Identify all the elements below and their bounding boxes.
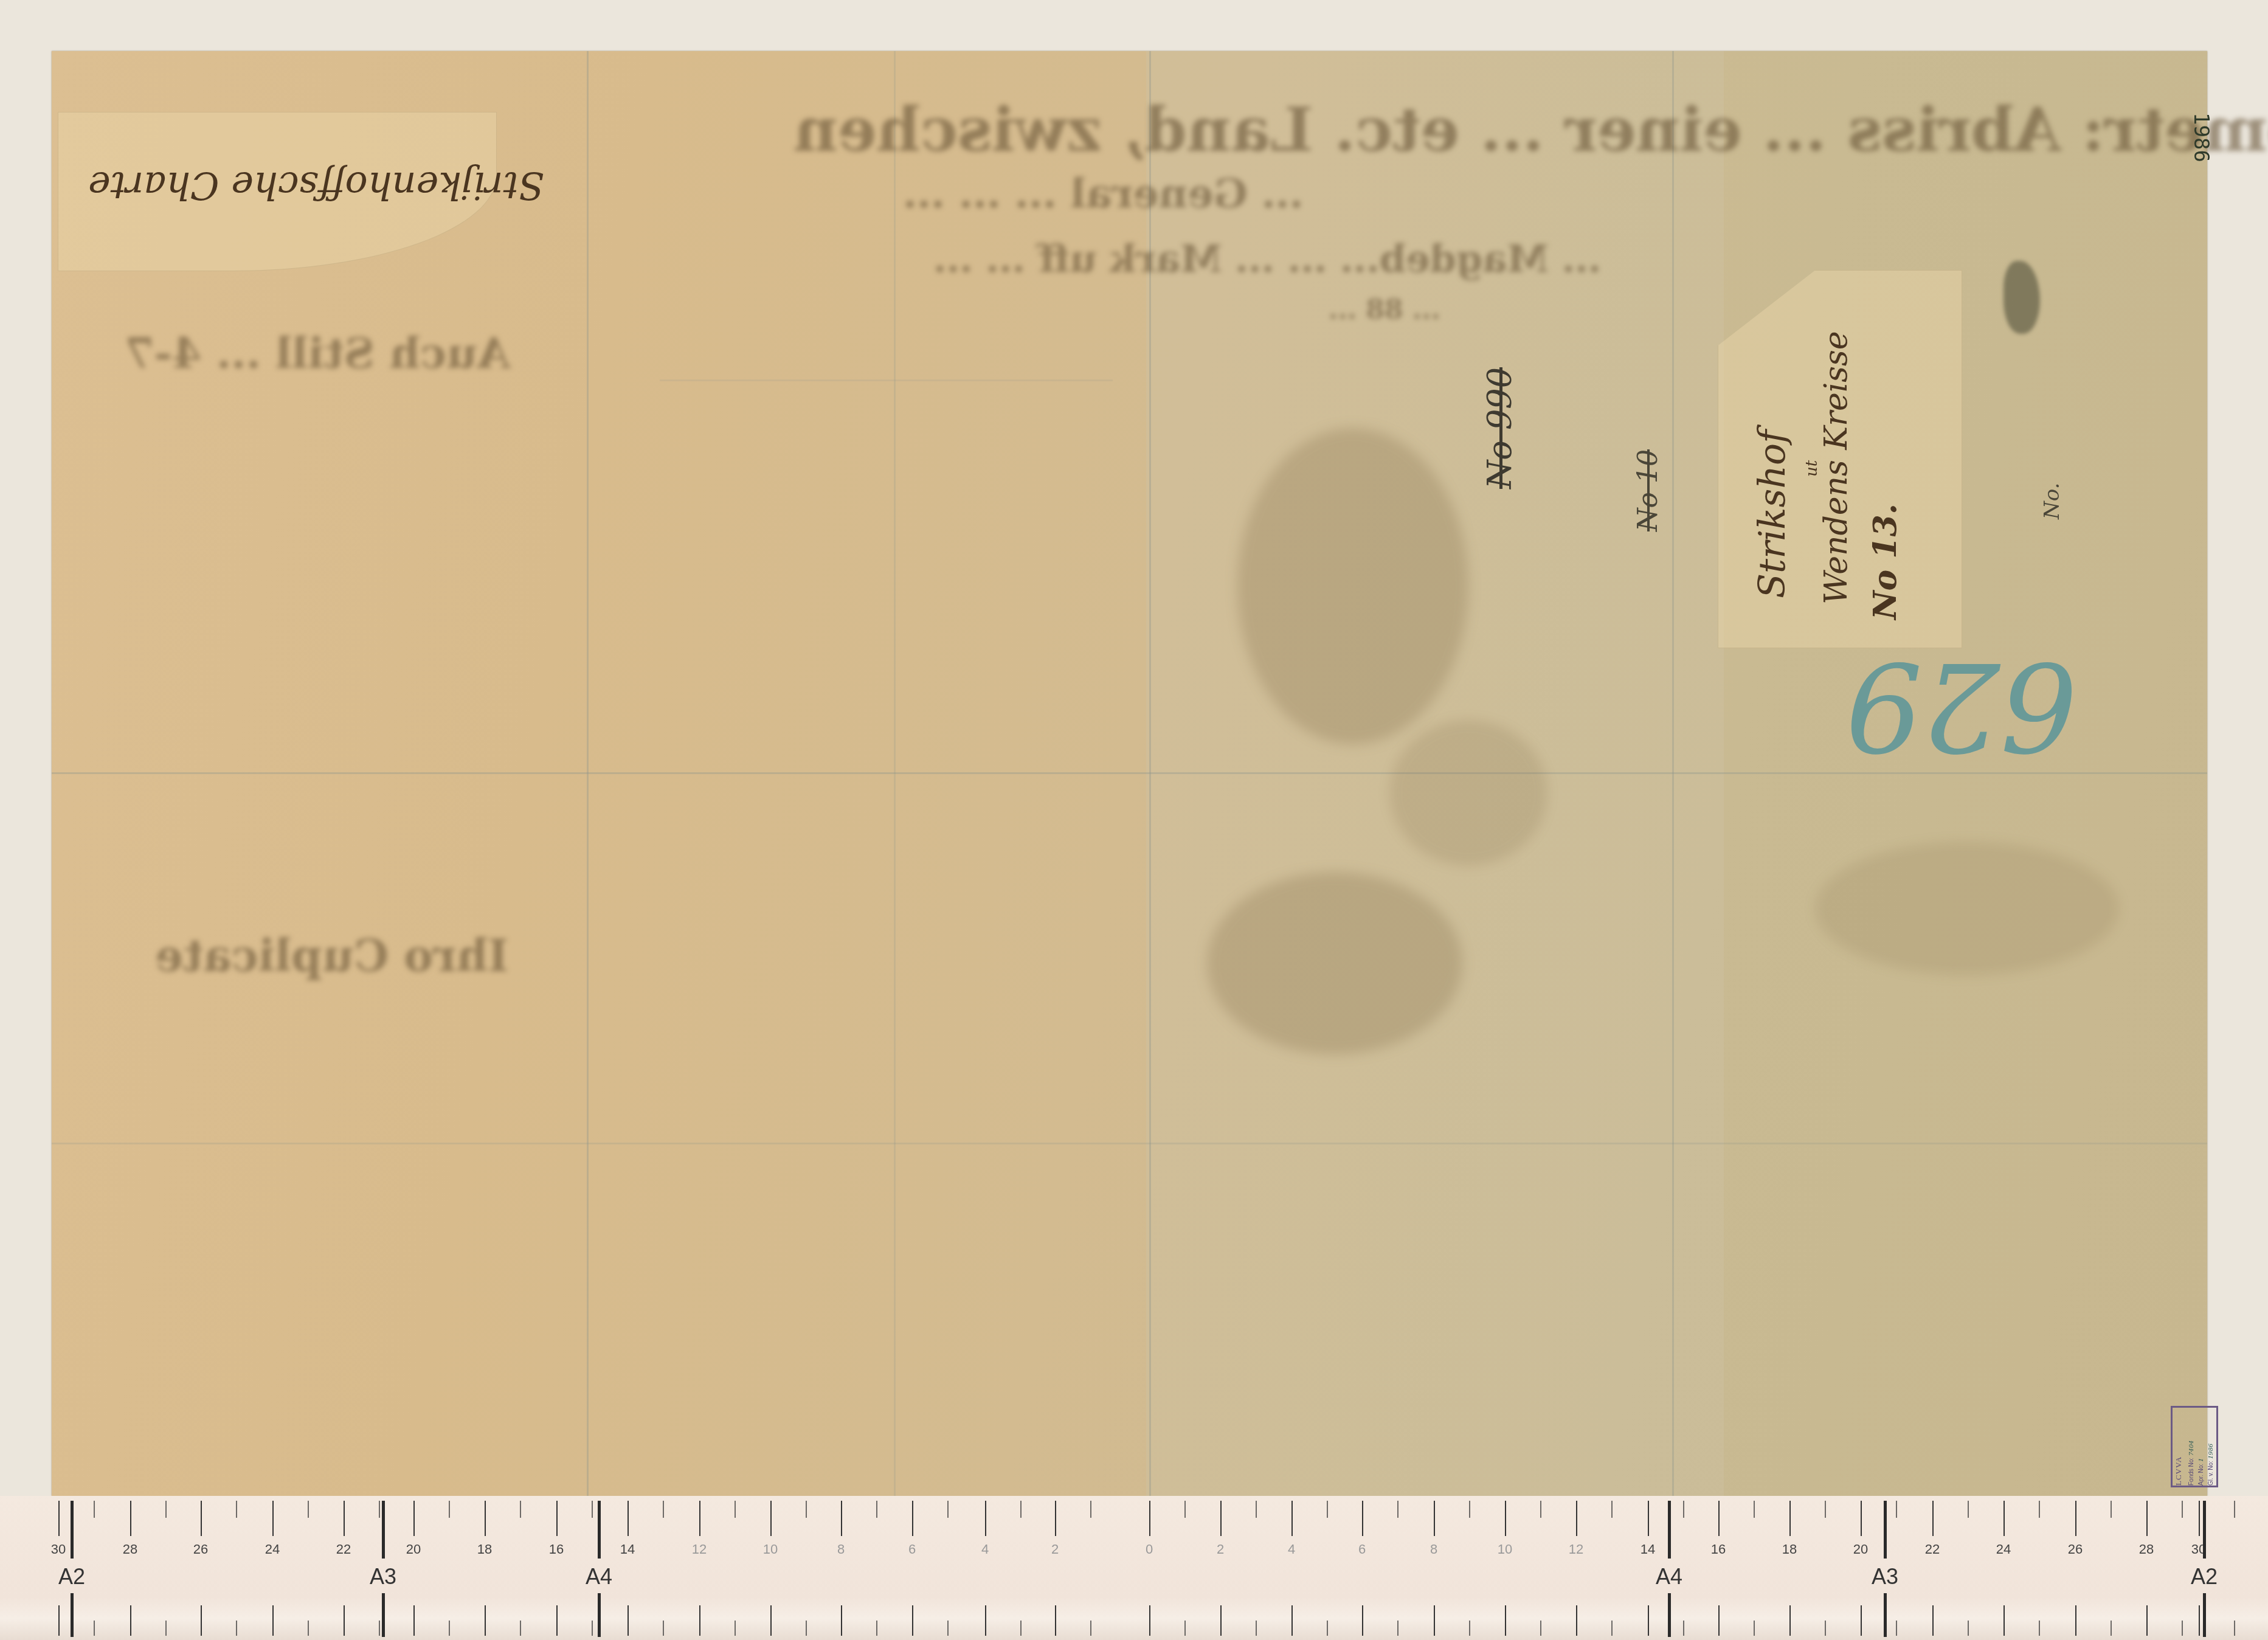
ruler-tick-minor [1090, 1621, 1091, 1636]
archive-label-number: No 13. [1867, 503, 1904, 620]
ruler-tick-bottom [699, 1605, 700, 1636]
ruler-tick-minor [1184, 1621, 1186, 1636]
ruler-tick-bottom [1362, 1605, 1363, 1636]
ruler-tick-bottom [1291, 1605, 1293, 1636]
ruler-major-tick [71, 1501, 74, 1559]
ruler-tick-minor [1754, 1501, 1755, 1518]
ruler-tick-minor [165, 1621, 167, 1636]
ruler-tick-bottom [556, 1605, 558, 1636]
ruler-tick-minor [806, 1501, 807, 1518]
ruler-tick-minor [308, 1621, 309, 1636]
ruler-tick-top [1789, 1501, 1791, 1536]
ruler-tick-minor [735, 1501, 736, 1518]
ruler-tick-label: 8 [837, 1541, 845, 1557]
ruler-tick-bottom [1055, 1605, 1056, 1636]
ruler-tick-minor [947, 1501, 949, 1518]
ruler-tick-top [1149, 1501, 1150, 1536]
archive-label-line3: Wendens Kreisse [1818, 331, 1855, 605]
ruler-tick-minor [663, 1501, 664, 1518]
ruler-tick-minor [876, 1621, 877, 1636]
ruler-tick-minor [876, 1501, 877, 1518]
ruler-tick-bottom [770, 1605, 772, 1636]
ruler-paper-size-label: A4 [586, 1564, 612, 1590]
ruler-tick-minor [1611, 1501, 1613, 1518]
ruler-major-tick [1668, 1593, 1671, 1637]
ruler-tick-bottom [1789, 1605, 1791, 1636]
ruler-tick-bottom [1220, 1605, 1222, 1636]
ruler-tick-label: 26 [2068, 1541, 2083, 1557]
ruler-tick-bottom [58, 1605, 60, 1636]
ruler-tick-bottom [130, 1605, 131, 1636]
ruler-tick-label: 10 [1498, 1541, 1512, 1557]
ruler-tick-minor [2182, 1621, 2183, 1636]
measuring-ruler: 3028262422201816141210864202468101214161… [0, 1496, 2268, 1640]
ruler-tick-label: 12 [1569, 1541, 1583, 1557]
ruler-tick-top [1932, 1501, 1934, 1536]
ruler-tick-label: 12 [692, 1541, 707, 1557]
ruler-tick-bottom [1505, 1605, 1506, 1636]
ruler-tick-label: 20 [1853, 1541, 1868, 1557]
ruler-tick-bottom [2146, 1605, 2148, 1636]
ruler-tick-minor [806, 1621, 807, 1636]
ruler-tick-bottom [912, 1605, 913, 1636]
ruler-tick-top [1220, 1501, 1222, 1536]
ruler-tick-top [272, 1501, 274, 1536]
ruler-tick-label: 28 [123, 1541, 137, 1557]
ruler-tick-minor [236, 1621, 237, 1636]
ruler-tick-minor [1397, 1621, 1398, 1636]
ruler-tick-top [912, 1501, 913, 1536]
ruler-tick-minor [1540, 1501, 1541, 1518]
ruler-tick-minor [1020, 1501, 1022, 1518]
ruler-major-tick [598, 1593, 601, 1637]
ruler-tick-minor [2182, 1501, 2183, 1518]
ruler-tick-label: 24 [1996, 1541, 2011, 1557]
archive-label-line1: Strikshof [1751, 430, 1794, 598]
bleed-label-lower-left: Ihro Cuplicate [155, 930, 508, 981]
ruler-tick-minor [592, 1501, 593, 1518]
ruler-tick-top [770, 1501, 772, 1536]
stamp-fonds-label: Fonds No: [2188, 1458, 2195, 1486]
ruler-tick-bottom [485, 1605, 486, 1636]
ruler-tick-label: 14 [620, 1541, 635, 1557]
ruler-tick-minor [1256, 1501, 1257, 1518]
ruler-tick-bottom [1434, 1605, 1435, 1636]
ruler-tick-bottom [1932, 1605, 1934, 1636]
ruler-tick-top [413, 1501, 415, 1536]
ruler-tick-label: 20 [406, 1541, 421, 1557]
ruler-tick-minor [1540, 1621, 1541, 1636]
ruler-tick-minor [1327, 1621, 1328, 1636]
ruler-tick-top [130, 1501, 131, 1536]
ruler-tick-label: 0 [1146, 1541, 1153, 1557]
ruler-tick-label: 2 [1051, 1541, 1059, 1557]
ruler-tick-label: 18 [1782, 1541, 1797, 1557]
ruler-tick-label: 22 [336, 1541, 351, 1557]
ruler-tick-bottom [1648, 1605, 1649, 1636]
ruler-tick-label: 4 [981, 1541, 989, 1557]
ruler-tick-top [1291, 1501, 1293, 1536]
ruler-tick-top [556, 1501, 558, 1536]
stamp-apr-value: 1 [2198, 1458, 2205, 1462]
ruler-tick-top [1718, 1501, 1720, 1536]
ruler-tick-label: 16 [1711, 1541, 1726, 1557]
ruler-tick-minor [2111, 1621, 2112, 1636]
crossed-number: No 990 [1481, 367, 1519, 489]
ruler-paper-size-label: A3 [370, 1564, 396, 1590]
ruler-tick-minor [308, 1501, 309, 1518]
ruler-tick-minor [1611, 1621, 1613, 1636]
edge-catalog-number: 1986 [2189, 112, 2213, 162]
ruler-paper-size-label: A2 [58, 1564, 85, 1590]
handwritten-title: Strijkenhoffsche Charte [88, 164, 544, 208]
ruler-tick-top [1861, 1501, 1862, 1536]
ruler-tick-bottom [201, 1605, 202, 1636]
ruler-tick-minor [94, 1621, 95, 1636]
ruler-tick-label: 14 [1640, 1541, 1655, 1557]
ruler-tick-label: 6 [1358, 1541, 1366, 1557]
ruler-tick-minor [379, 1621, 380, 1636]
ruler-tick-minor [1754, 1621, 1755, 1636]
ruler-tick-minor [1469, 1501, 1470, 1518]
ruler-tick-label: 30 [51, 1541, 66, 1557]
ruler-tick-label: 4 [1288, 1541, 1295, 1557]
ruler-tick-minor [520, 1621, 521, 1636]
ruler-tick-minor [1683, 1501, 1684, 1518]
ruler-major-tick [598, 1501, 601, 1559]
bleed-label-top-left: Auch Still ... 4-7 [125, 328, 510, 378]
ruler-tick-label: 26 [193, 1541, 208, 1557]
ruler-tick-minor [1968, 1501, 1969, 1518]
ruler-tick-minor [449, 1621, 450, 1636]
ruler-tick-label: 28 [2139, 1541, 2154, 1557]
water-stain [1815, 842, 2119, 975]
ruler-tick-minor [2234, 1621, 2235, 1636]
ruler-tick-top [699, 1501, 700, 1536]
ruler-tick-label: 8 [1430, 1541, 1437, 1557]
ruler-tick-label: 10 [763, 1541, 778, 1557]
ruler-tick-top [2199, 1501, 2200, 1536]
water-stain [1389, 720, 1547, 866]
ruler-tick-minor [592, 1621, 593, 1636]
ruler-tick-minor [2234, 1501, 2235, 1518]
ruler-tick-minor [735, 1621, 736, 1636]
pencil-inventory-number: 629 [1845, 635, 2078, 777]
ruler-tick-top [841, 1501, 842, 1536]
ruler-tick-minor [1020, 1621, 1022, 1636]
ruler-tick-minor [1825, 1501, 1826, 1518]
stamp-apr-label: Apr. No: [2198, 1464, 2205, 1486]
ruler-tick-minor [520, 1501, 521, 1518]
ruler-paper-size-label: A3 [1872, 1564, 1898, 1590]
ruler-tick-top [2075, 1501, 2076, 1536]
bleed-through-line: ... Magdeb... ... ... Mark uff ... ... [933, 237, 1601, 281]
ruler-major-tick [1884, 1593, 1887, 1637]
ruler-paper-size-label: A4 [1656, 1564, 1682, 1590]
margin-note: No. [2040, 483, 2064, 519]
ruler-tick-minor [1968, 1621, 1969, 1636]
ruler-tick-minor [165, 1501, 167, 1518]
stamp-title: LCVVA [2174, 1456, 2183, 1486]
crossed-number: No 10 [1633, 449, 1664, 531]
ruler-tick-top [344, 1501, 345, 1536]
ruler-tick-top [2146, 1501, 2148, 1536]
ruler-tick-label: 18 [477, 1541, 492, 1557]
fold-line-horizontal [52, 1143, 2207, 1144]
ruler-major-tick [2203, 1501, 2206, 1559]
ruler-paper-size-label: A2 [2191, 1564, 2218, 1590]
ruler-tick-top [1505, 1501, 1506, 1536]
ruler-tick-minor [1327, 1501, 1328, 1518]
ruler-tick-minor [947, 1621, 949, 1636]
ruler-major-tick [71, 1593, 74, 1637]
water-stain [1237, 428, 1468, 744]
ruler-tick-bottom [1861, 1605, 1862, 1636]
ruler-tick-minor [1683, 1621, 1684, 1636]
ruler-tick-minor [1896, 1501, 1897, 1518]
ruler-tick-bottom [272, 1605, 274, 1636]
ruler-major-tick [382, 1593, 385, 1637]
ruler-tick-bottom [1576, 1605, 1577, 1636]
ruler-tick-top [1648, 1501, 1649, 1536]
ruler-tick-bottom [1718, 1605, 1720, 1636]
ruler-tick-top [1362, 1501, 1363, 1536]
ruler-tick-minor [1184, 1501, 1186, 1518]
ruler-tick-minor [449, 1501, 450, 1518]
ruler-tick-minor [1896, 1621, 1897, 1636]
ruler-tick-bottom [841, 1605, 842, 1636]
ruler-tick-top [485, 1501, 486, 1536]
ruler-tick-bottom [628, 1605, 629, 1636]
ruler-tick-minor [1397, 1501, 1398, 1518]
ruler-tick-minor [1256, 1621, 1257, 1636]
document-sheet: Geometr: Abriss ... einer ... etc. Land,… [52, 51, 2207, 1496]
ruler-tick-label: 22 [1925, 1541, 1940, 1557]
ruler-tick-bottom [2199, 1605, 2200, 1636]
ruler-tick-minor [1090, 1501, 1091, 1518]
ruler-tick-top [201, 1501, 202, 1536]
ruler-tick-bottom [413, 1605, 415, 1636]
ruler-tick-top [985, 1501, 986, 1536]
ruler-tick-top [1434, 1501, 1435, 1536]
ruler-major-tick [382, 1501, 385, 1559]
ruler-tick-top [1055, 1501, 1056, 1536]
ruler-tick-label: 24 [265, 1541, 280, 1557]
bleed-through-line: ... 88 ... [1329, 294, 1440, 325]
ruler-tick-bottom [1149, 1605, 1150, 1636]
ruler-tick-minor [236, 1501, 237, 1518]
ruler-tick-bottom [2004, 1605, 2005, 1636]
bleed-through-title: Geometr: Abriss ... einer ... etc. Land,… [793, 94, 2268, 165]
bleed-through-line: ... General ... ... ... [903, 170, 1304, 217]
ruler-tick-minor [663, 1621, 664, 1636]
ruler-tick-top [1576, 1501, 1577, 1536]
ruler-major-tick [2203, 1593, 2206, 1637]
ruler-tick-top [2004, 1501, 2005, 1536]
ruler-tick-label: 16 [549, 1541, 564, 1557]
ruler-tick-label: 6 [908, 1541, 916, 1557]
ruler-tick-bottom [344, 1605, 345, 1636]
stamp-fonds-value: 7404 [2188, 1441, 2195, 1456]
stamp-glv-label: Gl. v. No: [2208, 1461, 2214, 1486]
ruler-tick-minor [1469, 1621, 1470, 1636]
ruler-major-tick [1668, 1501, 1671, 1559]
ruler-major-tick [1884, 1501, 1887, 1559]
ruler-tick-minor [2111, 1501, 2112, 1518]
stamp-glv-value: 1986 [2208, 1444, 2214, 1459]
ruler-tick-label: 2 [1217, 1541, 1224, 1557]
archive-stamp: LCVVA Fonds No: 7404 Apr. No: 1 Gl. v. N… [2171, 1406, 2218, 1487]
water-stain [1207, 872, 1462, 1054]
ruler-tick-minor [1825, 1621, 1826, 1636]
ruler-tick-minor [2039, 1501, 2040, 1518]
ruler-tick-bottom [2075, 1605, 2076, 1636]
ruler-tick-top [58, 1501, 60, 1536]
ruler-tick-minor [379, 1501, 380, 1518]
ruler-tick-bottom [985, 1605, 986, 1636]
fold-line-horizontal [660, 379, 1113, 381]
ruler-tick-top [628, 1501, 629, 1536]
ruler-tick-minor [2039, 1621, 2040, 1636]
ruler-tick-minor [94, 1501, 95, 1518]
